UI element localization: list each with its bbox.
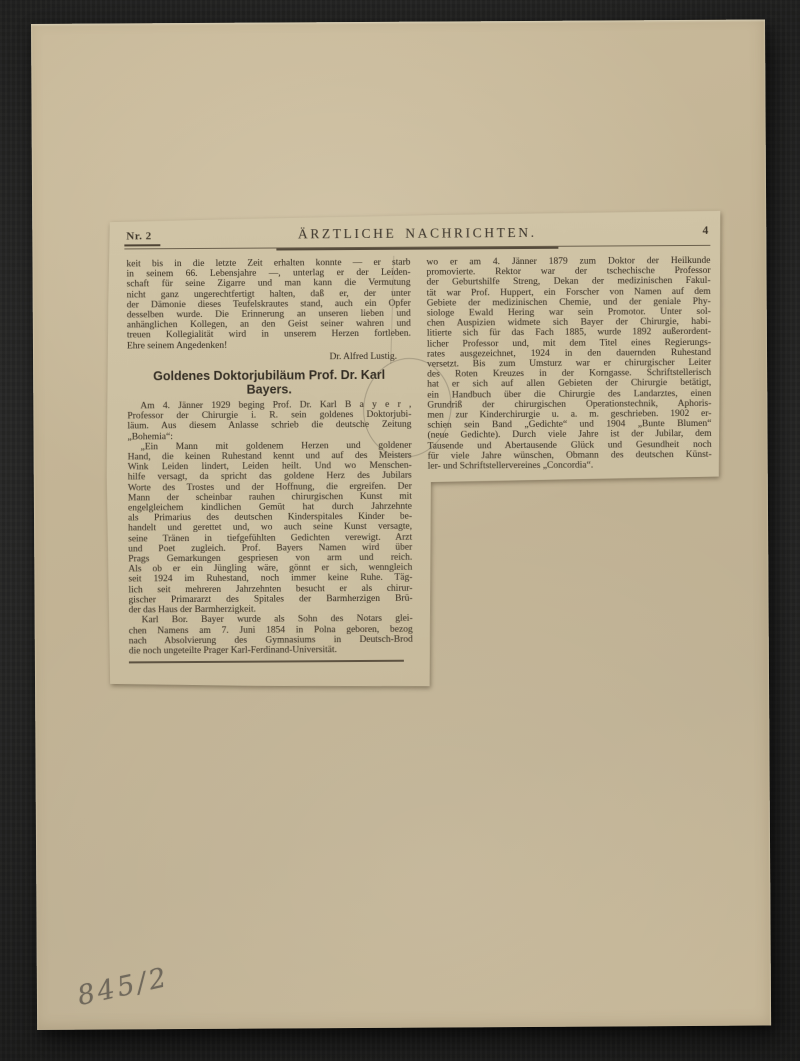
paragraph: wo er am 4. Jänner 1879 zum Doktor der H… (426, 256, 711, 472)
text-line: Dr. Alfred Lustig. (127, 352, 411, 364)
photo-background: Nr. 2 ÄRZTLICHE NACHRICHTEN. 4 keit bis … (0, 0, 800, 1061)
mounting-sheet: Nr. 2 ÄRZTLICHE NACHRICHTEN. 4 keit bis … (31, 20, 771, 1030)
signature-line: Dr. Alfred Lustig. (127, 352, 411, 364)
newspaper-title: ÄRZTLICHE NACHRICHTEN. (124, 224, 710, 244)
newspaper-clipping: Nr. 2 ÄRZTLICHE NACHRICHTEN. 4 keit bis … (104, 210, 725, 692)
masthead-rule-center (277, 247, 558, 250)
text-line: Ehre seinem Angedenken! (127, 339, 411, 351)
handwritten-archive-number: 845/2 (75, 962, 172, 1012)
paragraph: „Ein Mann mit goldenem Herzen und golden… (128, 441, 413, 616)
article-column-right: wo er am 4. Jänner 1879 zum Doktor der H… (426, 256, 711, 472)
text-line: nach Absolvierung des Gymnasiums in Deut… (129, 634, 413, 646)
text-line: die noch ungeteilte Prager Karl-Ferdinan… (129, 645, 413, 657)
text-line: treuen Kollegialität wird in unserem Her… (127, 329, 411, 341)
column-end-rule (129, 660, 404, 663)
clipping-paper: Nr. 2 ÄRZTLICHE NACHRICHTEN. 4 keit bis … (104, 210, 725, 692)
text-line: gischer Primararzt des Spitales der Barm… (128, 594, 412, 606)
page-number: 4 (702, 225, 708, 237)
text-line: ler- und Schriftstellervereines „Concord… (428, 460, 712, 472)
paragraph: keit bis in die letzte Zeit erhalten kon… (126, 258, 411, 352)
paragraph: Karl Bor. Bayer wurde als Sohn des Notar… (129, 614, 413, 657)
masthead: Nr. 2 ÄRZTLICHE NACHRICHTEN. 4 (124, 218, 710, 258)
issue-underline-rule (124, 244, 160, 246)
article-column-left: keit bis in die letzte Zeit erhalten kon… (126, 258, 412, 663)
